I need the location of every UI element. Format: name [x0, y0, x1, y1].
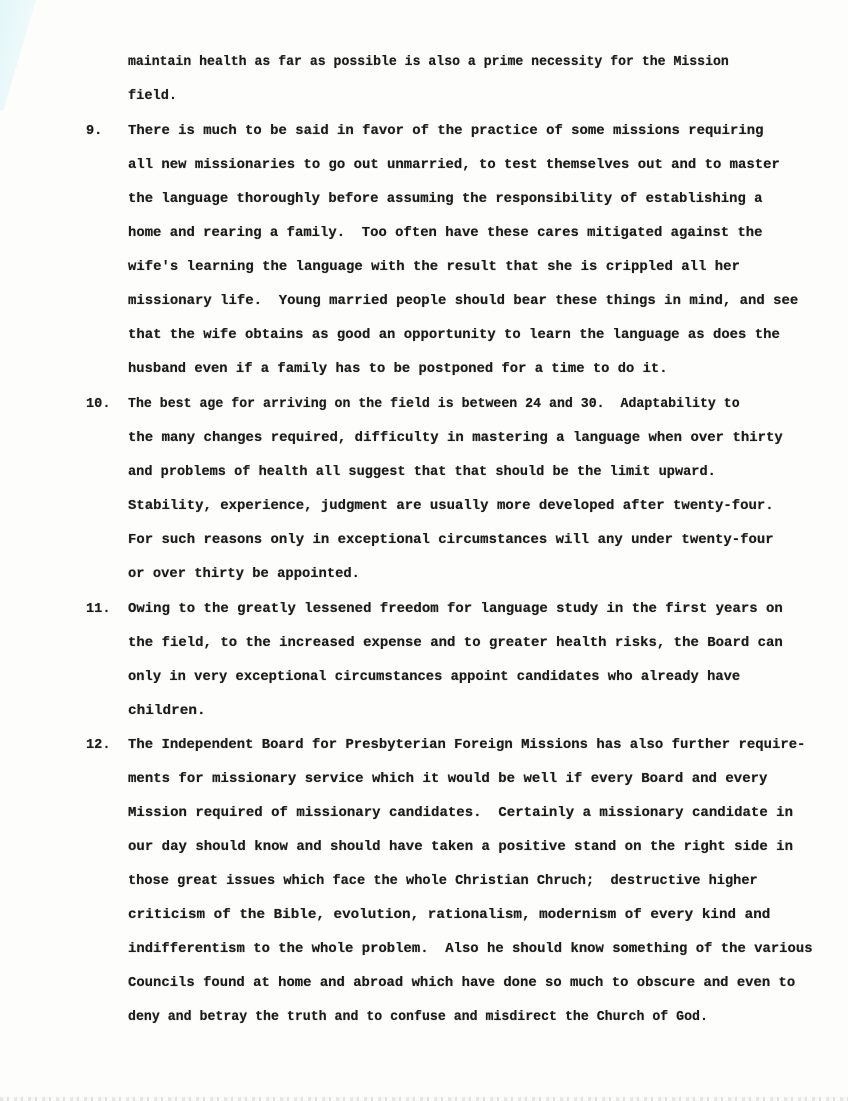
text-line: criticism of the Bible, evolution, ratio…	[128, 905, 770, 927]
text-line: indifferentism to the whole problem. Als…	[128, 939, 813, 961]
text-line: and problems of health all suggest that …	[128, 462, 716, 484]
text-line: For such reasons only in exceptional cir…	[128, 530, 774, 552]
text-line: home and rearing a family. Too often hav…	[128, 223, 762, 245]
text-line: maintain health as far as possible is al…	[128, 52, 766, 74]
text-line: Owing to the greatly lessened freedom fo…	[128, 599, 783, 621]
scan-bottom-edge	[0, 1097, 848, 1101]
text-line: all new missionaries to go out unmarried…	[128, 155, 780, 177]
item-number: 12.	[86, 735, 110, 757]
text-line: or over thirty be appointed.	[128, 564, 360, 586]
text-line: Stability, experience, judgment are usua…	[128, 496, 774, 518]
item-number: 9.	[86, 121, 102, 143]
text-line: that the wife obtains as good an opportu…	[128, 325, 780, 347]
text-line: field.	[128, 86, 177, 108]
text-line: wife's learning the language with the re…	[128, 257, 740, 279]
text-line: husband even if a family has to be postp…	[128, 359, 668, 381]
text-line: the many changes required, difficulty in…	[128, 428, 783, 450]
item-number: 11.	[86, 599, 110, 621]
text-line: Mission required of missionary candidate…	[128, 803, 793, 825]
text-line: ments for missionary service which it wo…	[128, 769, 767, 791]
scan-artifact	[0, 0, 36, 110]
text-line: Councils found at home and abroad which …	[128, 973, 795, 995]
text-line: missionary life. Young married people sh…	[128, 291, 798, 313]
text-line: our day should know and should have take…	[128, 837, 793, 859]
text-line: the language thoroughly before assuming …	[128, 189, 762, 211]
text-line: The Independent Board for Presbyterian F…	[128, 735, 805, 757]
document-page: maintain health as far as possible is al…	[0, 0, 848, 1101]
text-line: There is much to be said in favor of the…	[128, 121, 763, 143]
item-number: 10.	[86, 394, 110, 416]
text-line: deny and betray the truth and to confuse…	[128, 1007, 708, 1029]
text-line: only in very exceptional circumstances a…	[128, 667, 740, 689]
text-line: children.	[128, 701, 206, 723]
text-line: those great issues which face the whole …	[128, 871, 758, 893]
text-line: the field, to the increased expense and …	[128, 633, 783, 655]
text-line: The best age for arriving on the field i…	[128, 394, 740, 416]
